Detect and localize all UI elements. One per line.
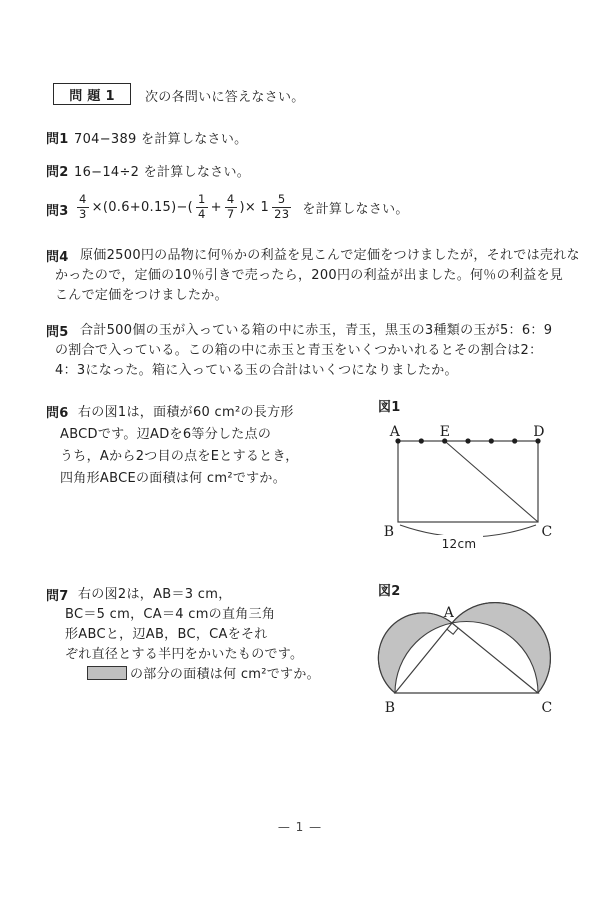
- fraction-1-4: 14: [196, 194, 208, 221]
- vertex-label-a: A: [443, 605, 455, 621]
- q3-expression: 43 ×(0.6+0.15)−( 14 + 47 )× 1 523 を計算しなさ…: [74, 192, 409, 222]
- q1-label: 問1: [46, 128, 69, 147]
- q6-line-2: ABCDです。辺ADを6等分した点の: [60, 424, 375, 446]
- q6-line-3: うち，Aから2つ目の点をEとするとき，: [60, 446, 375, 468]
- instruction-text: 次の各問いに答えなさい。: [145, 86, 305, 105]
- vertex-label-b: B: [385, 700, 396, 716]
- q7-text: 右の図2は，AB＝3 cm， BC＝5 cm，CA＝4 cmの直角三角 形ABC…: [65, 585, 370, 685]
- q6-line-1: 右の図1は，面積が60 cm²の長方形: [60, 402, 375, 424]
- q4-line-1: 原価2500円の品物に何％かの利益を見こんで定価をつけましたが，それでは売れな: [55, 246, 560, 266]
- fraction-4-3: 43: [77, 194, 89, 221]
- q7-line-2: BC＝5 cm，CA＝4 cmの直角三角: [65, 605, 370, 625]
- q7-line-5: の部分の面積は何 cm²ですか。: [65, 665, 370, 685]
- rectangle-abcd: [398, 441, 538, 522]
- division-dot: [489, 438, 494, 443]
- q4-line-3: こんで定価をつけましたか。: [55, 286, 560, 306]
- vertex-label-e: E: [440, 424, 451, 440]
- q7-line-3: 形ABCと，辺AB，BC，CAをそれ: [65, 625, 370, 645]
- problem-set-title: 問 題 1: [69, 85, 115, 104]
- q5-line-2: の割合で入っている。この箱の中に赤玉と青玉をいくつかいれるとその割合は2：: [55, 341, 560, 361]
- division-dot: [465, 438, 470, 443]
- vertex-label-c: C: [541, 524, 552, 540]
- vertex-label-a: A: [389, 424, 401, 440]
- fraction-5-23: 523: [272, 194, 291, 221]
- fraction-4-7: 47: [225, 194, 237, 221]
- q7-line-4: ぞれ直径とする半円をかいたものです。: [65, 645, 370, 665]
- segment-ec: [445, 441, 538, 522]
- q4-text: 原価2500円の品物に何％かの利益を見こんで定価をつけましたが，それでは売れな …: [55, 246, 560, 306]
- q3-operator-1: ×(0.6+0.15)−(: [92, 200, 193, 215]
- vertex-label-d: D: [533, 424, 545, 440]
- figure-1: 図1 12cm A E D B C: [375, 396, 570, 562]
- vertex-label-c: C: [541, 700, 552, 716]
- figure-2: 図2 A B C: [375, 580, 570, 720]
- q4-line-2: かったので，定価の10％引きで売ったら，200円の利益が出ました。何％の利益を見: [55, 266, 560, 286]
- q6-line-4: 四角形ABCEの面積は何 cm²ですか。: [60, 468, 375, 490]
- dimension-label: 12cm: [442, 537, 477, 551]
- problem-set-title-box: 問 題 1: [53, 83, 131, 105]
- q1-text: 704−389 を計算しなさい。: [74, 128, 247, 147]
- page-number: — 1 —: [0, 820, 600, 834]
- q2-label: 問2: [46, 161, 69, 180]
- q3-operator-2: +: [211, 200, 222, 215]
- figure-2-caption: 図2: [378, 583, 401, 599]
- q2-text: 16−14÷2 を計算しなさい。: [74, 161, 250, 180]
- shaded-region-swatch: [87, 666, 127, 680]
- q3-suffix: を計算しなさい。: [302, 198, 408, 217]
- q3-operator-3: )× 1: [240, 200, 270, 215]
- q6-text: 右の図1は，面積が60 cm²の長方形 ABCDです。辺ADを6等分した点の う…: [60, 402, 375, 490]
- q5-text: 合計500個の玉が入っている箱の中に赤玉，青玉，黒玉の3種類の玉が5：6：9 の…: [55, 321, 560, 381]
- exam-page: 問 題 1 次の各問いに答えなさい。 問1 704−389 を計算しなさい。 問…: [0, 0, 600, 900]
- q7-last-line-text: の部分の面積は何 cm²ですか。: [130, 667, 320, 682]
- q7-line-1: 右の図2は，AB＝3 cm，: [65, 585, 370, 605]
- division-dot: [419, 438, 424, 443]
- division-dot: [512, 438, 517, 443]
- vertex-label-b: B: [384, 524, 395, 540]
- q5-line-1: 合計500個の玉が入っている箱の中に赤玉，青玉，黒玉の3種類の玉が5：6：9: [55, 321, 560, 341]
- q3-label: 問3: [46, 200, 69, 219]
- figure-1-caption: 図1: [378, 399, 401, 415]
- q5-line-3: 4：3になった。箱に入っている玉の合計はいくつになりましたか。: [55, 361, 560, 381]
